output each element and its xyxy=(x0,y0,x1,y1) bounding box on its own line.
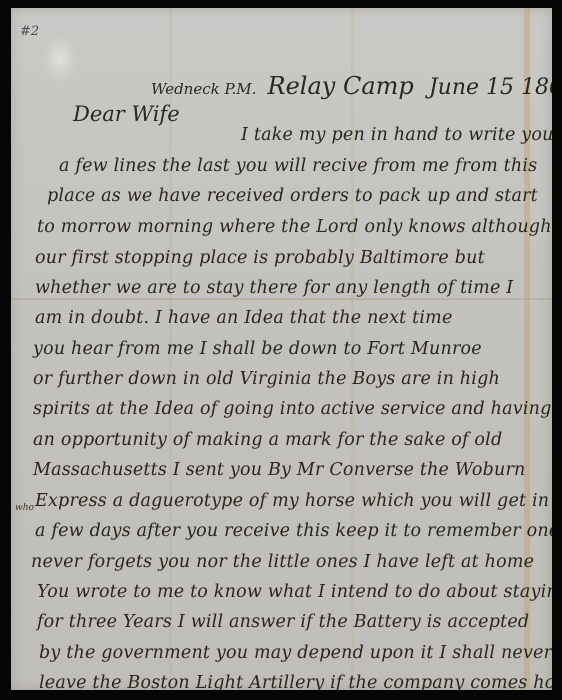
letter-line: leave the Boston Light Artillery if the … xyxy=(39,673,552,690)
letter-line: I take my pen in hand to write you xyxy=(241,125,552,145)
letter-line: a few lines the last you will recive fro… xyxy=(59,156,537,176)
letter-line: a few days after you receive this keep i… xyxy=(35,521,552,541)
letter-line: by the government you may depend upon it… xyxy=(39,643,552,663)
salutation: Dear Wife xyxy=(73,102,180,126)
letter-line: you hear from me I shall be down to Fort… xyxy=(33,339,482,359)
horizontal-fold-crease xyxy=(11,298,552,300)
corner-page-number: #2 xyxy=(20,24,39,39)
letter-line: never forgets you nor the little ones I … xyxy=(31,552,534,572)
letter-page: #2 Wedneck P.M. Relay Camp June 15 1861 … xyxy=(11,8,552,690)
letter-line: to morrow morning where the Lord only kn… xyxy=(37,217,552,237)
heading-place: Relay Camp xyxy=(268,72,414,100)
letter-line: Massachusetts I sent you By Mr Converse … xyxy=(33,460,526,480)
letter-line: You wrote to me to know what I intend to… xyxy=(37,582,552,602)
letter-line: Express a daguerotype of my horse which … xyxy=(35,491,549,511)
letter-line: am in doubt. I have an Idea that the nex… xyxy=(35,308,453,328)
heading-time: Wedneck P.M. xyxy=(151,80,256,98)
letter-heading: Wedneck P.M. Relay Camp June 15 1861 xyxy=(151,72,552,100)
margin-note: who xyxy=(15,503,34,513)
letter-line: place as we have received orders to pack… xyxy=(47,186,538,206)
letter-line: for three Years I will answer if the Bat… xyxy=(37,612,529,632)
heading-date: June 15 1861 xyxy=(429,75,552,100)
letter-line: or further down in old Virginia the Boys… xyxy=(33,369,500,389)
letter-line: whether we are to stay there for any len… xyxy=(35,278,513,298)
embossed-stamp-mark xyxy=(43,36,77,82)
letter-line: spirits at the Idea of going into active… xyxy=(33,399,552,419)
letter-line: our first stopping place is probably Bal… xyxy=(35,248,485,268)
letter-line: an opportunity of making a mark for the … xyxy=(33,430,502,450)
